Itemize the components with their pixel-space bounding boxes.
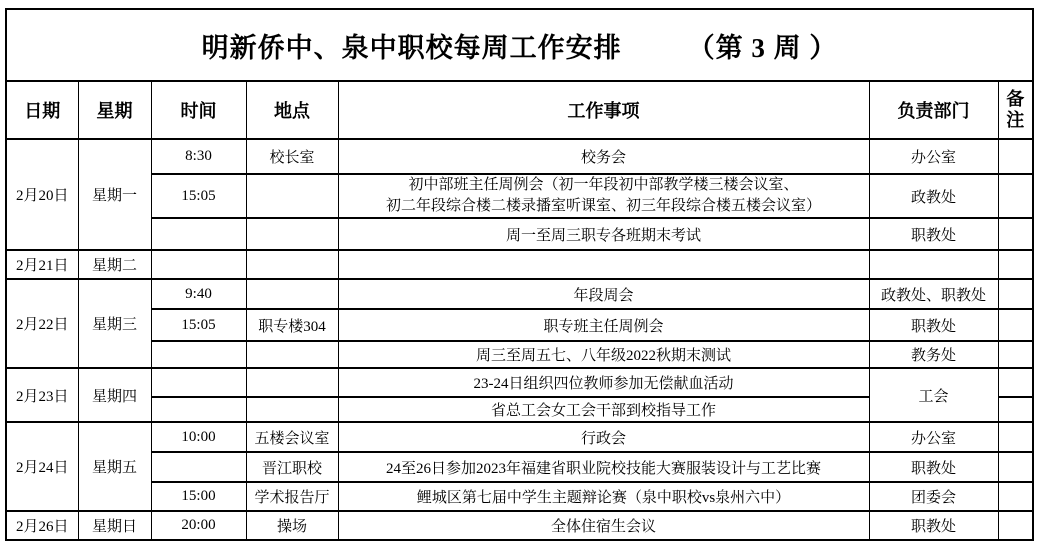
table-row: 周一至周三职专各班期末考试 职教处 [6, 218, 1033, 250]
place-cell [246, 279, 338, 309]
time-cell [151, 368, 246, 397]
dept-cell: 政教处、职教处 [869, 279, 998, 309]
task-cell: 24至26日参加2023年福建省职业院校技能大赛服装设计与工艺比赛 [338, 452, 869, 482]
remark-cell [998, 279, 1033, 309]
remark-cell [998, 139, 1033, 174]
table-row: 晋江职校 24至26日参加2023年福建省职业院校技能大赛服装设计与工艺比赛 职… [6, 452, 1033, 482]
time-cell: 8:30 [151, 139, 246, 174]
header-cell-date: 日期 [6, 81, 78, 139]
place-cell [246, 218, 338, 250]
table-row: 2月24日 星期五 10:00 五楼会议室 行政会 办公室 [6, 422, 1033, 452]
table-row: 15:05 职专楼304 职专班主任周例会 职教处 [6, 309, 1033, 341]
table-row: 2月22日 星期三 9:40 年段周会 政教处、职教处 [6, 279, 1033, 309]
remark-cell [998, 368, 1033, 397]
remark-cell [998, 452, 1033, 482]
task-cell: 职专班主任周例会 [338, 309, 869, 341]
table-row: 2月21日 星期二 [6, 250, 1033, 279]
header-cell-weekday: 星期 [78, 81, 151, 139]
task-cell: 年段周会 [338, 279, 869, 309]
schedule-table: 明新侨中、泉中职校每周工作安排 （第 3 周 ） 日期 星期 时间 地点 工作事… [5, 8, 1034, 541]
remark-cell [998, 250, 1033, 279]
dept-cell: 职教处 [869, 309, 998, 341]
task-cell: 鲤城区第七届中学生主题辩论赛（泉中职校vs泉州六中） [338, 482, 869, 511]
dept-cell: 团委会 [869, 482, 998, 511]
task-cell [338, 250, 869, 279]
place-cell [246, 250, 338, 279]
dept-cell: 办公室 [869, 422, 998, 452]
header-cell-department: 负责部门 [869, 81, 998, 139]
date-cell: 2月22日 [6, 279, 78, 368]
task-cell: 周三至周五七、八年级2022秋期末测试 [338, 341, 869, 368]
place-cell [246, 341, 338, 368]
table-row: 周三至周五七、八年级2022秋期末测试 教务处 [6, 341, 1033, 368]
dept-cell: 工会 [869, 368, 998, 422]
header-cell-task: 工作事项 [338, 81, 869, 139]
time-cell [151, 250, 246, 279]
weekday-cell: 星期二 [78, 250, 151, 279]
time-cell [151, 452, 246, 482]
date-cell: 2月26日 [6, 511, 78, 540]
date-cell: 2月21日 [6, 250, 78, 279]
task-cell: 周一至周三职专各班期末考试 [338, 218, 869, 250]
time-cell [151, 218, 246, 250]
title-week-number: （第 3 周 ） [688, 26, 838, 65]
time-cell [151, 397, 246, 422]
page-title: 明新侨中、泉中职校每周工作安排 （第 3 周 ） [9, 26, 1030, 65]
weekday-cell: 星期四 [78, 368, 151, 422]
date-cell: 2月20日 [6, 139, 78, 250]
place-cell: 五楼会议室 [246, 422, 338, 452]
date-cell: 2月23日 [6, 368, 78, 422]
place-cell: 学术报告厅 [246, 482, 338, 511]
weekday-cell: 星期五 [78, 422, 151, 511]
table-row: 2月20日 星期一 8:30 校长室 校务会 办公室 [6, 139, 1033, 174]
remark-cell [998, 511, 1033, 540]
task-cell: 23-24日组织四位教师参加无偿献血活动 [338, 368, 869, 397]
time-cell: 10:00 [151, 422, 246, 452]
date-cell: 2月24日 [6, 422, 78, 511]
dept-cell: 办公室 [869, 139, 998, 174]
task-cell: 校务会 [338, 139, 869, 174]
weekday-cell: 星期一 [78, 139, 151, 250]
time-cell: 15:05 [151, 309, 246, 341]
dept-cell: 职教处 [869, 511, 998, 540]
place-cell [246, 368, 338, 397]
time-cell [151, 341, 246, 368]
weekday-cell: 星期三 [78, 279, 151, 368]
place-cell [246, 397, 338, 422]
dept-cell: 政教处 [869, 174, 998, 218]
header-cell-remark: 备注 [998, 81, 1033, 139]
remark-cell [998, 422, 1033, 452]
place-cell [246, 174, 338, 218]
title-main: 明新侨中、泉中职校每周工作安排 [202, 26, 622, 65]
table-row: 15:00 学术报告厅 鲤城区第七届中学生主题辩论赛（泉中职校vs泉州六中） 团… [6, 482, 1033, 511]
place-cell: 晋江职校 [246, 452, 338, 482]
task-cell: 全体住宿生会议 [338, 511, 869, 540]
dept-cell: 职教处 [869, 452, 998, 482]
time-cell: 15:00 [151, 482, 246, 511]
header-cell-place: 地点 [246, 81, 338, 139]
dept-cell: 教务处 [869, 341, 998, 368]
weekday-cell: 星期日 [78, 511, 151, 540]
remark-cell [998, 309, 1033, 341]
remark-cell [998, 174, 1033, 218]
header-cell-time: 时间 [151, 81, 246, 139]
dept-cell [869, 250, 998, 279]
schedule-sheet: 明新侨中、泉中职校每周工作安排 （第 3 周 ） 日期 星期 时间 地点 工作事… [5, 8, 1034, 541]
remark-cell [998, 397, 1033, 422]
table-row: 2月26日 星期日 20:00 操场 全体住宿生会议 职教处 [6, 511, 1033, 540]
task-cell: 行政会 [338, 422, 869, 452]
place-cell: 职专楼304 [246, 309, 338, 341]
table-row: 2月23日 星期四 23-24日组织四位教师参加无偿献血活动 工会 [6, 368, 1033, 397]
task-cell: 省总工会女工会干部到校指导工作 [338, 397, 869, 422]
time-cell: 15:05 [151, 174, 246, 218]
place-cell: 操场 [246, 511, 338, 540]
table-row: 15:05 初中部班主任周例会（初一年段初中部教学楼三楼会议室、 初二年段综合楼… [6, 174, 1033, 218]
title-row: 明新侨中、泉中职校每周工作安排 （第 3 周 ） [6, 9, 1033, 81]
remark-cell [998, 341, 1033, 368]
place-cell: 校长室 [246, 139, 338, 174]
dept-cell: 职教处 [869, 218, 998, 250]
time-cell: 20:00 [151, 511, 246, 540]
task-cell: 初中部班主任周例会（初一年段初中部教学楼三楼会议室、 初二年段综合楼二楼录播室听… [338, 174, 869, 218]
remark-cell [998, 482, 1033, 511]
remark-cell [998, 218, 1033, 250]
time-cell: 9:40 [151, 279, 246, 309]
